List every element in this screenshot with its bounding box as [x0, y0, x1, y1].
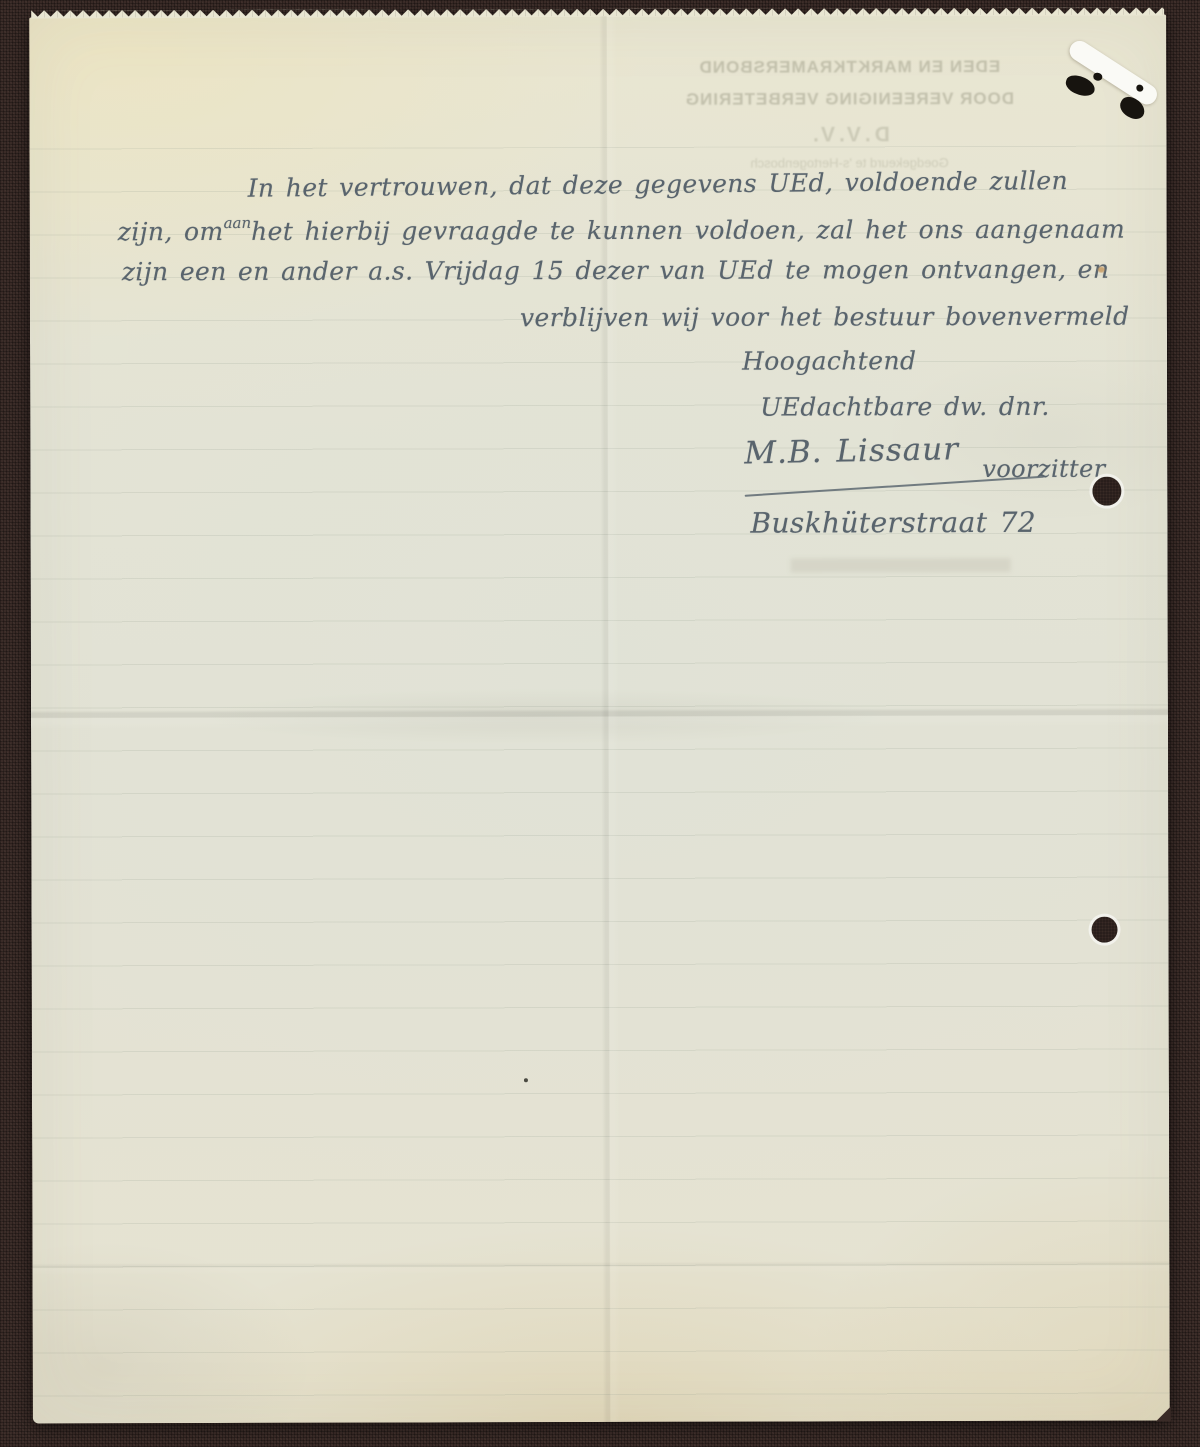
dirt-speck [524, 1078, 528, 1082]
punch-hole-top [1092, 477, 1121, 506]
line2-inserted-word: aan [224, 214, 252, 232]
punch-hole-bottom [1092, 917, 1118, 943]
handwritten-line-3: zijn een en ander a.s. Vrijdag 15 dezer … [122, 255, 1110, 287]
letter-page: EDEN EN MARKTKRAMERSBOND DOOR VEREENIGIN… [29, 15, 1170, 1424]
handwritten-line-4: verblijven wij voor het bestuur bovenver… [520, 302, 1130, 333]
ink-stain [1093, 73, 1102, 81]
bleedthrough-line: DOOR VEREENIGING VERBETERING [629, 89, 1069, 110]
handwritten-line-2: zijn, omaanhet hierbij gevraagde te kunn… [118, 212, 1125, 247]
bleedthrough-line: D.V.V. [629, 123, 1069, 148]
line2-prefix: zijn, om [118, 217, 224, 246]
signature: M.B. Lissaur [744, 431, 959, 471]
cut-corner [1156, 1407, 1171, 1422]
line2-suffix: het hierbij gevraagde te kunnen voldoen,… [251, 215, 1125, 246]
bleedthrough-line: EDEN EN MARKTKRAMERSBOND [629, 57, 1069, 78]
rust-stain [1098, 267, 1105, 273]
ink-stain [1063, 73, 1097, 99]
scan-background: { "letter": { "line1": "In het vertrouwe… [0, 0, 1200, 1447]
torn-paper-spot [1066, 37, 1161, 108]
closing-formula: UEdachtbare dw. dnr. [760, 392, 1050, 422]
address-line: Buskhüterstraat 72 [750, 506, 1036, 540]
bleedthrough-smudge [791, 558, 1011, 573]
bleedthrough-letterhead: EDEN EN MARKTKRAMERSBOND DOOR VEREENIGIN… [629, 15, 1069, 16]
closing-salutation: Hoogachtend [742, 346, 916, 375]
handwritten-line-1: In het vertrouwen, dat deze gegevens UEd… [247, 166, 1068, 203]
ink-stain [1136, 85, 1143, 92]
ruled-lines [30, 146, 1170, 1420]
signature-title: voorzitter [982, 455, 1105, 483]
